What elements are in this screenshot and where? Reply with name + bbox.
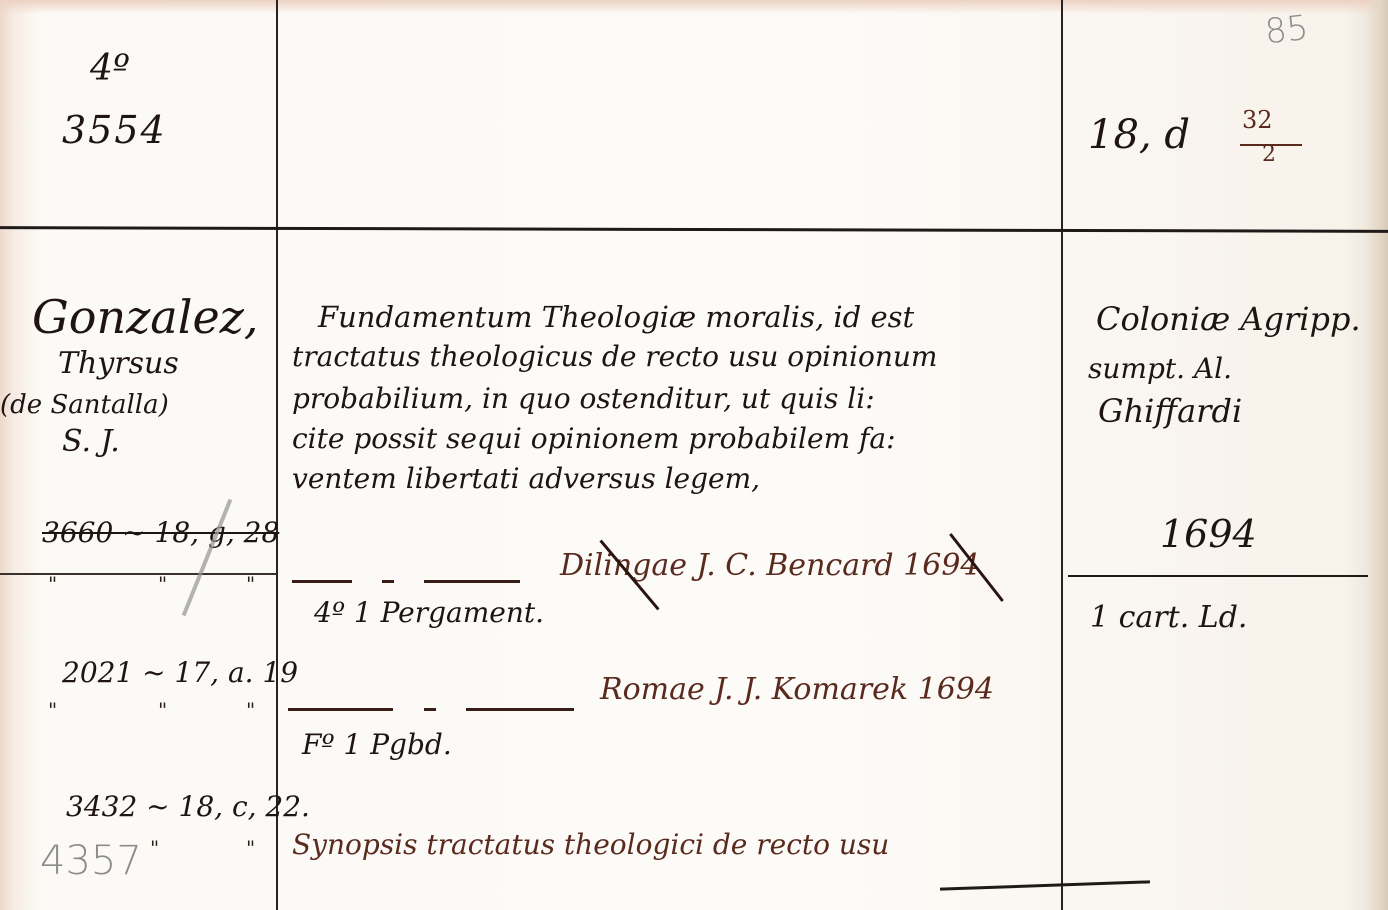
copy-3-pencil-number: 4357: [40, 838, 142, 884]
author-addition: (de Santalla): [0, 390, 169, 420]
copy-1-note: 4º 1 Pergament.: [314, 596, 544, 629]
copy-2-dash-3: [466, 708, 574, 711]
copy-1-ditto-1: ": [48, 572, 57, 596]
copy-2-call-number: 2021 ~ 17, a. 19: [62, 656, 298, 689]
copy-3-call-number: 3432 ~ 18, c, 22.: [66, 790, 310, 823]
location-fraction-top: 32: [1242, 106, 1273, 134]
copy-2-note: Fº 1 Pgbd.: [302, 728, 452, 761]
copy-1-call-number: 3660 ~ 18, g, 28: [42, 516, 279, 549]
author-forename: Thyrsus: [58, 346, 179, 381]
author-surname: Gonzalez,: [32, 290, 259, 344]
location-fraction-bottom: 2: [1262, 142, 1276, 167]
copy-2-ditto-3: ": [246, 698, 255, 722]
copy-3-ditto-2: ": [246, 836, 255, 860]
column-rule-2: [1061, 0, 1063, 910]
imprint-line-3: Ghiffardi: [1098, 392, 1242, 430]
title-line-4: cite possit sequi opinionem probabilem f…: [292, 422, 896, 455]
copy-1-dash-3: [424, 580, 520, 583]
copy-3-ditto-1: ": [150, 836, 159, 860]
title-line-2: tractatus theologicus de recto usu opini…: [292, 340, 937, 373]
imprint-line-2: sumpt. Al.: [1088, 352, 1232, 385]
copy-2-ditto-1: ": [48, 698, 57, 722]
year-rule: [1068, 575, 1368, 577]
copy-1-ditto-3: ": [246, 572, 255, 596]
copy-2-imprint: Romae J. J. Komarek 1694: [600, 672, 994, 707]
copy-1-dash-2: [382, 580, 394, 583]
author-order: S. J.: [62, 424, 120, 459]
format-label: 4º: [90, 48, 130, 89]
copy-1-dash-1: [292, 580, 352, 583]
copy-1-ditto-2: ": [158, 572, 167, 596]
title-line-3: probabilium, in quo ostenditur, ut quis …: [292, 382, 875, 415]
copy-3-title: Synopsis tractatus theologici de recto u…: [292, 828, 889, 861]
title-line-1: Fundamentum Theologiæ moralis, id est: [318, 300, 914, 334]
imprint-line-1: Coloniæ Agripp.: [1096, 300, 1361, 338]
page-right-edge: [1366, 0, 1388, 910]
imprint-year: 1694: [1160, 512, 1257, 556]
binding-note: 1 cart. Ld.: [1090, 600, 1247, 635]
location-mark: 18, d: [1088, 112, 1190, 158]
page-top-shading: [0, 0, 1388, 14]
page-number: 85: [1263, 8, 1310, 52]
copy-rule-left: [0, 573, 276, 575]
title-line-5: ventem libertati adversus legem,: [292, 462, 760, 495]
column-rule-1: [276, 0, 278, 910]
copy-2-dash-1: [288, 708, 393, 711]
shelf-number: 3554: [62, 108, 167, 152]
copy-2-ditto-2: ": [158, 698, 167, 722]
copy-2-dash-2: [424, 708, 436, 711]
